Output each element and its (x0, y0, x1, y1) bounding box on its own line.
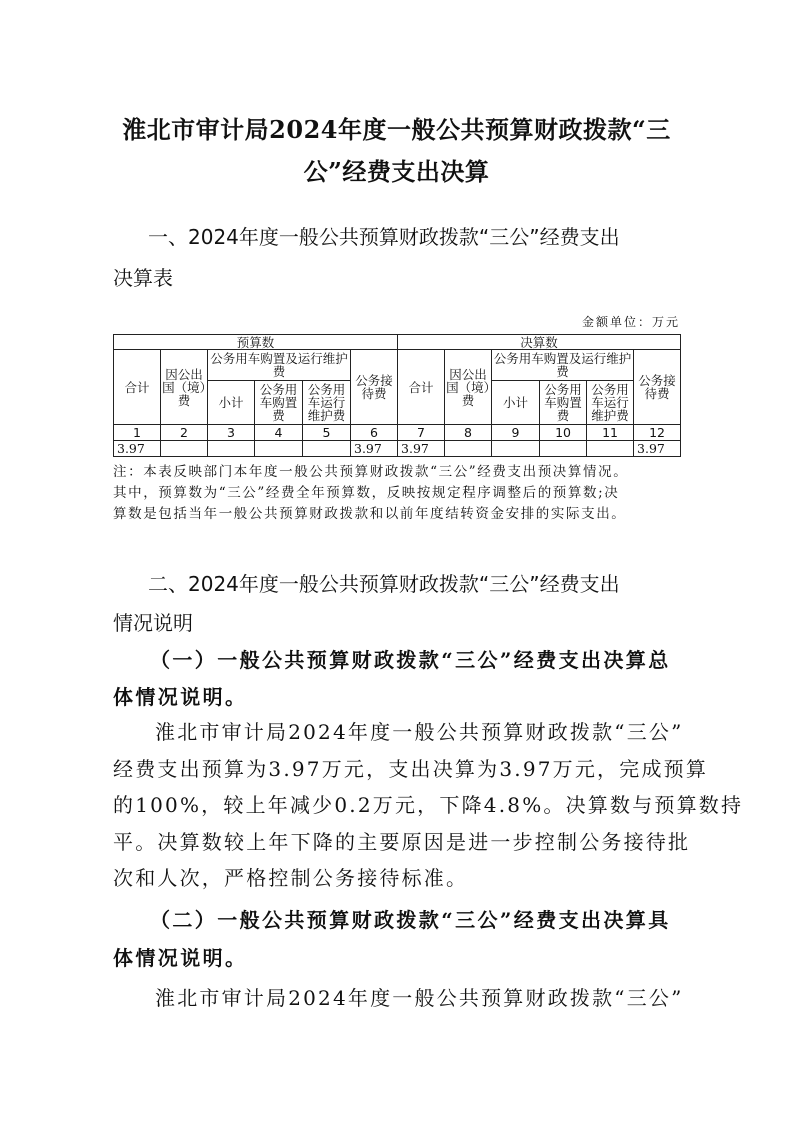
header-reception: 公务接待费 (634, 350, 681, 425)
section-1-heading-line-2: 决算表 (113, 262, 173, 291)
data-cell (540, 441, 587, 457)
data-cell: 3.97 (398, 441, 445, 457)
paragraph-line: 平。决算数较上年下降的主要原因是进一步控制公务接待批 (113, 824, 683, 861)
header-vehicle-operation: 公务用车运行维护费 (303, 381, 351, 425)
header-reception: 公务接待费 (351, 350, 398, 425)
paragraph-line: 淮北市审计局2024年度一般公共预算财政拨款“三公” (113, 714, 683, 751)
data-cell (587, 441, 634, 457)
data-cell (303, 441, 351, 457)
data-cell (208, 441, 255, 457)
paragraph-line: 次和人次，严格控制公务接待标准。 (113, 860, 683, 897)
data-cell: 3.97 (351, 441, 398, 457)
header-subtotal: 小计 (492, 381, 540, 425)
header-vehicle-purchase: 公务用车购置费 (540, 381, 587, 425)
data-cell: 3.97 (634, 441, 681, 457)
data-cell (492, 441, 540, 457)
index-cell: 5 (303, 425, 351, 441)
index-cell: 8 (445, 425, 492, 441)
header-total: 合计 (398, 350, 445, 425)
subsection-2-paragraph-line-1: 淮北市审计局2024年度一般公共预算财政拨款“三公” (155, 982, 684, 1011)
note-line: 注：本表反映部门本年度一般公共预算财政拨款“三公”经费支出预决算情况。 (113, 462, 683, 483)
table-note: 注：本表反映部门本年度一般公共预算财政拨款“三公”经费支出预决算情况。 其中，预… (113, 462, 683, 525)
index-cell: 4 (255, 425, 303, 441)
index-cell: 10 (540, 425, 587, 441)
subsection-2-heading-line-1: （二）一般公共预算财政拨款“三公”经费支出决算具 (150, 904, 671, 933)
data-cell: 3.97 (114, 441, 161, 457)
paragraph-line: 经费支出预算为3.97万元，支出决算为3.97万元，完成预算 (113, 751, 683, 788)
header-abroad: 因公出国（境）费 (161, 350, 208, 425)
group-header-final: 决算数 (398, 335, 681, 350)
header-vehicle-operation: 公务用车运行维护费 (587, 381, 634, 425)
data-cell (255, 441, 303, 457)
three-public-expenses-table: 预算数 决算数 合计 因公出国（境）费 公务用车购置及运行维护费 公务接待费 合… (113, 334, 681, 457)
index-cell: 2 (161, 425, 208, 441)
index-cell: 3 (208, 425, 255, 441)
subsection-1-heading-line-2: 体情况说明。 (113, 681, 247, 710)
header-total: 合计 (114, 350, 161, 425)
data-cell (161, 441, 208, 457)
note-line: 其中，预算数为“三公”经费全年预算数，反映按规定程序调整后的预算数;决 (113, 483, 683, 504)
section-2-heading-line-2: 情况说明 (113, 607, 193, 636)
index-cell: 9 (492, 425, 540, 441)
subsection-1-paragraph: 淮北市审计局2024年度一般公共预算财政拨款“三公” 经费支出预算为3.97万元… (113, 714, 683, 897)
header-abroad: 因公出国（境）费 (445, 350, 492, 425)
index-cell: 1 (114, 425, 161, 441)
document-title-line-2: 公”经费支出决算 (0, 152, 793, 187)
section-1-heading-line-1: 一、2024年度一般公共预算财政拨款“三公”经费支出 (148, 221, 620, 250)
data-row: 3.97 3.97 3.97 3.97 (114, 441, 681, 457)
header-vehicle-group: 公务用车购置及运行维护费 (492, 350, 634, 381)
paragraph-line: 的100%，较上年减少0.2万元，下降4.8%。决算数与预算数持 (113, 787, 683, 824)
data-cell (445, 441, 492, 457)
unit-label: 金额单位：万元 (582, 313, 680, 330)
document-title-line-1: 淮北市审计局2024年度一般公共预算财政拨款“三 (0, 110, 793, 145)
section-2-heading-line-1: 二、2024年度一般公共预算财政拨款“三公”经费支出 (148, 568, 620, 597)
subsection-2-heading-line-2: 体情况说明。 (113, 942, 247, 971)
index-row: 1 2 3 4 5 6 7 8 9 10 11 12 (114, 425, 681, 441)
index-cell: 12 (634, 425, 681, 441)
index-cell: 6 (351, 425, 398, 441)
header-subtotal: 小计 (208, 381, 255, 425)
subsection-1-heading-line-1: （一）一般公共预算财政拨款“三公”经费支出决算总 (150, 644, 671, 673)
index-cell: 11 (587, 425, 634, 441)
note-line: 算数是包括当年一般公共预算财政拨款和以前年度结转资金安排的实际支出。 (113, 504, 683, 525)
index-cell: 7 (398, 425, 445, 441)
header-vehicle-group: 公务用车购置及运行维护费 (208, 350, 351, 381)
header-vehicle-purchase: 公务用车购置费 (255, 381, 303, 425)
group-header-budget: 预算数 (114, 335, 398, 350)
